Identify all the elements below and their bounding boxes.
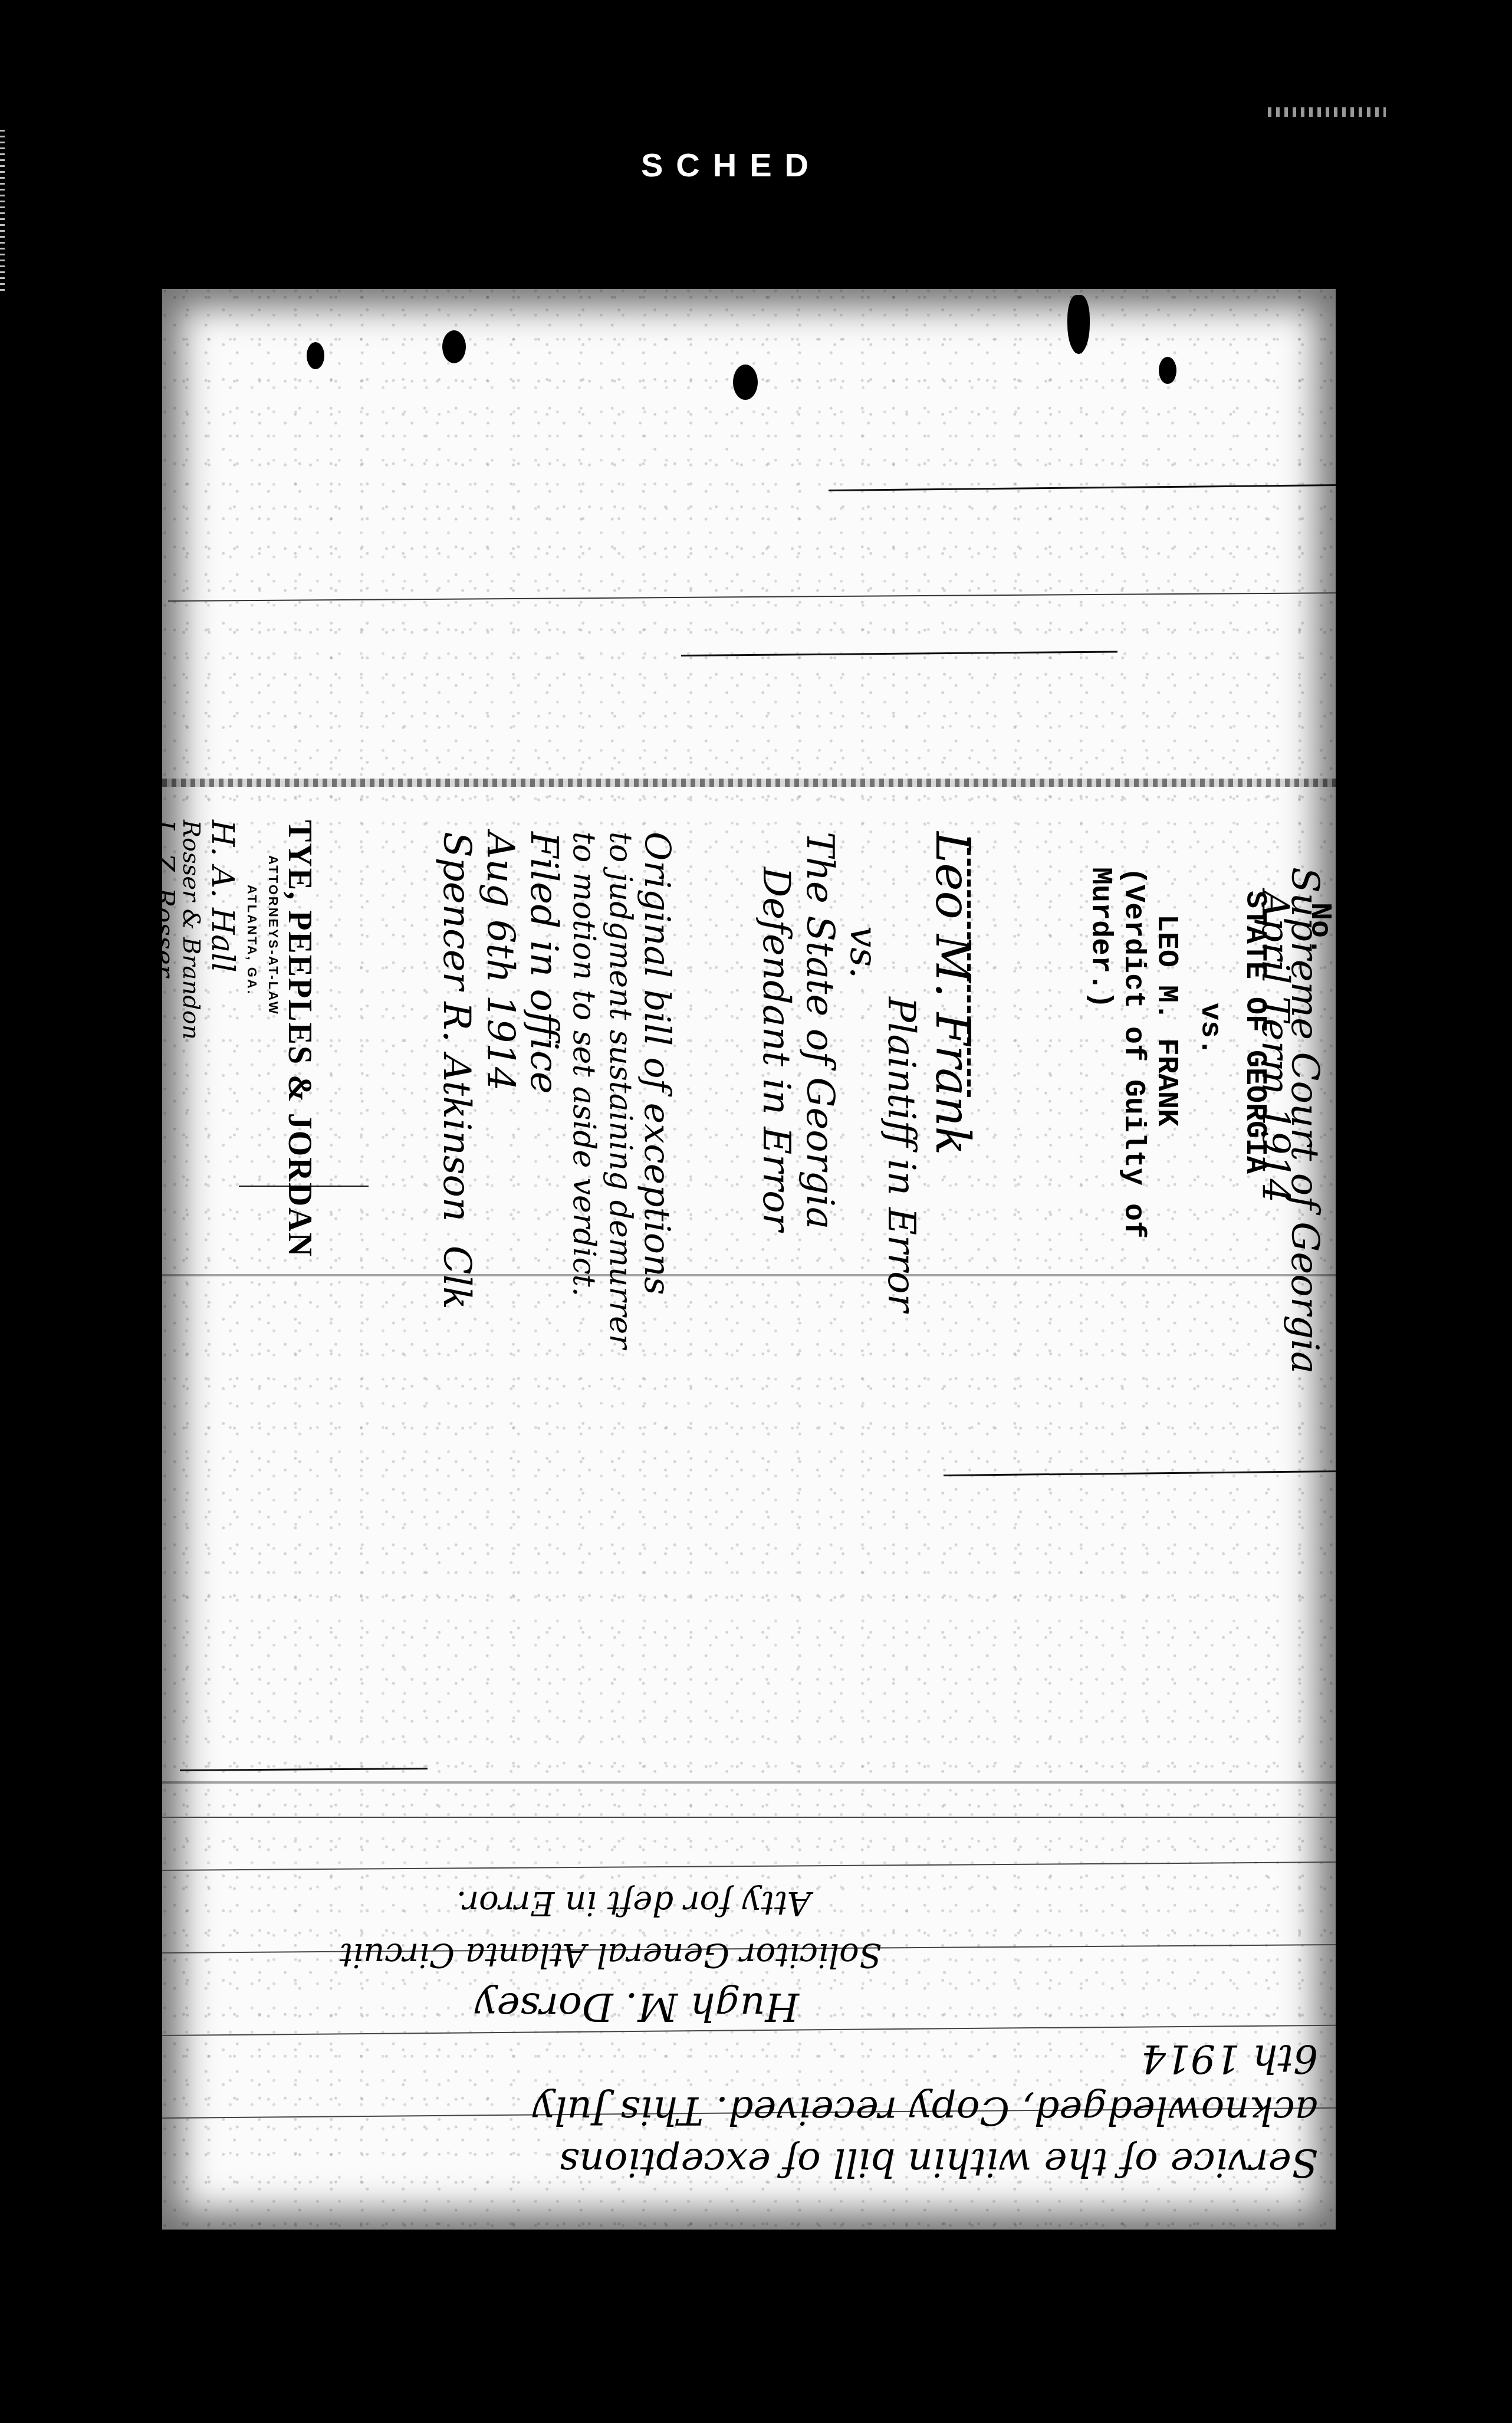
document-page: No. Supreme Court of Georgia April Term … — [162, 289, 1336, 2230]
ruled-line — [681, 651, 1117, 656]
filing-line-3: to motion to set aside verdict. — [566, 832, 602, 1349]
film-edge-marks — [0, 130, 5, 295]
firm-name: TYE, PEEPLES & JORDAN — [281, 820, 318, 1258]
versus-typed: vs. — [1193, 867, 1226, 1374]
plaintiff-in-error-name: Leo M. Frank — [923, 832, 982, 1312]
endorsement-block: Service of the within bill of exceptions… — [186, 1893, 1330, 2188]
fold-line — [162, 779, 1336, 787]
versus-handwritten: vs. — [842, 832, 885, 1312]
attorney-signature: L. Z. Rosser — [150, 820, 178, 1258]
clerk-name: Spencer R. Atkinson — [435, 832, 478, 1222]
handwritten-parties: Leo M. Frank Plaintiff in Error vs. The … — [754, 832, 982, 1312]
endorsement-line-2: acknowledged, Copy received. This July — [186, 2084, 1330, 2136]
filing-line-2: to judgment sustaining demurrer — [602, 832, 639, 1349]
filed-date: Aug 6th 1914 — [478, 832, 522, 1349]
punch-hole — [442, 330, 466, 363]
punch-hole — [1159, 357, 1176, 384]
filed-in-office: Filed in office — [522, 832, 566, 1349]
clerk-signature: Spencer R. Atkinson Clk — [435, 832, 478, 1349]
filing-line-1: Original bill of exceptions — [639, 832, 675, 1349]
endorsement-line-1: Service of the within bill of exceptions — [186, 2136, 1330, 2188]
ruled-line — [168, 592, 1336, 602]
punch-hole — [733, 365, 758, 400]
endorsement-line-4: Hugh M. Dorsey — [186, 1981, 1330, 2033]
film-corner-mark — [1268, 107, 1386, 117]
firm-city: ATLANTA, GA. — [244, 820, 259, 1258]
defendant-typed: LEO M. FRANK — [1149, 867, 1182, 1374]
defendant-in-error-name: The State of Georgia — [798, 832, 842, 1312]
firm-title: ATTORNEYS-AT-LAW — [265, 820, 281, 1258]
ruled-line — [162, 1817, 1336, 1818]
verdict-line-2: Murder.) — [1083, 867, 1116, 1374]
case-caption: No. Supreme Court of Georgia April Term … — [1083, 867, 1336, 1374]
ruled-line — [162, 1861, 1336, 1871]
endorsement-line-3: 6th 1914 — [186, 2033, 1330, 2084]
plaintiff-typed: STATE OF GEORGIA — [1238, 867, 1271, 1374]
defendant-role: Defendant in Error — [754, 832, 798, 1312]
ink-drip — [1067, 295, 1090, 354]
plaintiff-role: Plaintiff in Error — [879, 832, 923, 1312]
attorney-block: TYE, PEEPLES & JORDAN ATTORNEYS-AT-LAW A… — [150, 820, 318, 1258]
endorsement-lines: Service of the within bill of exceptions… — [186, 1877, 1330, 2188]
punch-hole — [307, 342, 324, 369]
attorney-signature: Rosser & Brandon — [178, 820, 204, 1258]
filing-notes: Original bill of exceptions to judgment … — [435, 832, 675, 1349]
verdict-line-1: (Verdict of Guilty of — [1116, 867, 1149, 1374]
attorney-signature: H. A. Hall — [204, 820, 241, 1258]
clerk-title: Clk — [435, 1246, 478, 1309]
ruled-line — [180, 1768, 428, 1771]
endorsement-line-5: Solicitor General Atlanta Circuit — [186, 1929, 1330, 1981]
ruled-line — [944, 1470, 1336, 1476]
endorsement-line-6: Atty for deft in Error. — [186, 1877, 1330, 1929]
header-stamp: SCHED — [607, 147, 855, 183]
ruled-line — [829, 484, 1336, 491]
fold-line — [162, 1781, 1336, 1784]
